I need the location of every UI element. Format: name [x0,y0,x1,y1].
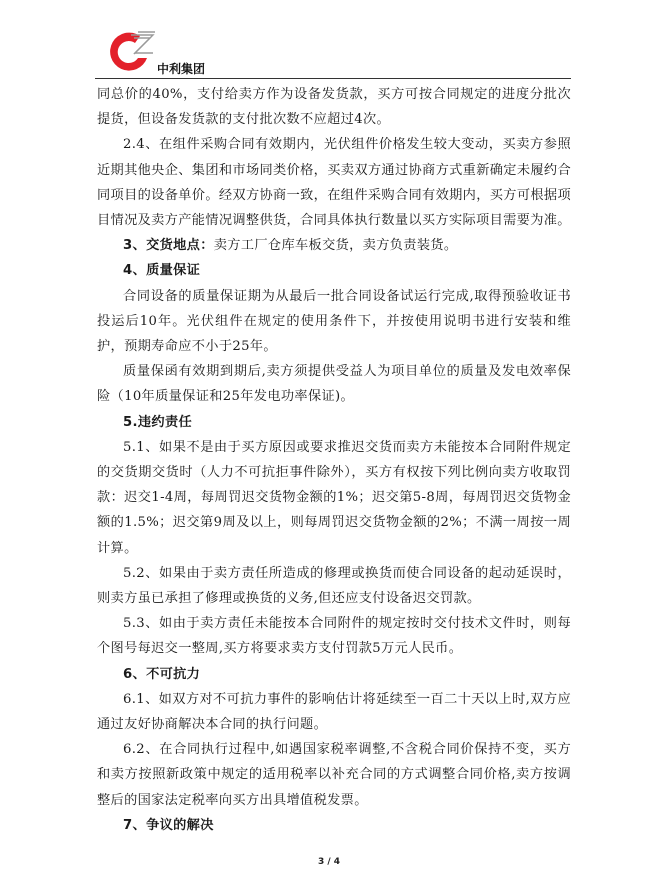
paragraph-delivery-location: 3、交货地点：卖方工厂仓库车板交货，卖方负责装货。 [97,233,571,258]
paragraph-6-1: 6.1、如双方对不可抗力事件的影响估计将延续至一百二十天以上时,双方应通过友好协… [97,687,571,737]
section-heading-5: 5.违约责任 [97,410,571,435]
paragraph-5-1: 5.1、如果不是由于买方原因或要求推迟交货而卖方未能按本合同附件规定的交货期交货… [97,435,571,561]
delivery-location-text: 卖方工厂仓库车板交货，卖方负责装货。 [214,238,458,253]
paragraph-payment: 同总价的40%，支付给卖方作为设备发货款，买方可按合同规定的进度分批次提货，但设… [97,82,571,132]
section-heading-6: 6、不可抗力 [97,662,571,687]
company-name: 中利集团 [157,60,205,77]
section-heading-4: 4、质量保证 [97,258,571,283]
paragraph-2-4: 2.4、在组件采购合同有效期内，光伏组件价格发生较大变动，买卖方参照近期其他央企… [97,132,571,233]
paragraph-6-2: 6.2、在合同执行过程中,如遇国家税率调整,不含税合同价保持不变，买方和卖方按照… [97,737,571,813]
paragraph-warranty-insurance: 质量保函有效期到期后,卖方须提供受益人为项目单位的质量及发电效率保险（10年质量… [97,359,571,409]
document-body: 同总价的40%，支付给卖方作为设备发货款，买方可按合同规定的进度分批次提货，但设… [97,82,571,838]
zhongli-group-logo-icon [107,30,157,74]
paragraph-warranty-period: 合同设备的质量保证期为从最后一批合同设备试运行完成,取得预验收证书投运后10年。… [97,284,571,360]
page-header: 中利集团 [95,24,571,79]
paragraph-5-2: 5.2、如果由于卖方责任所造成的修理或换货而使合同设备的起动延误时，则卖方虽已承… [97,561,571,611]
header-rule [95,78,571,79]
section-heading-7: 7、争议的解决 [97,813,571,838]
section-heading-3: 3、交货地点： [123,238,214,253]
paragraph-5-3: 5.3、如由于卖方责任未能按本合同附件的规定按时交付技术文件时，则每个图号每迟交… [97,611,571,661]
page-number: 3 / 4 [0,857,658,867]
